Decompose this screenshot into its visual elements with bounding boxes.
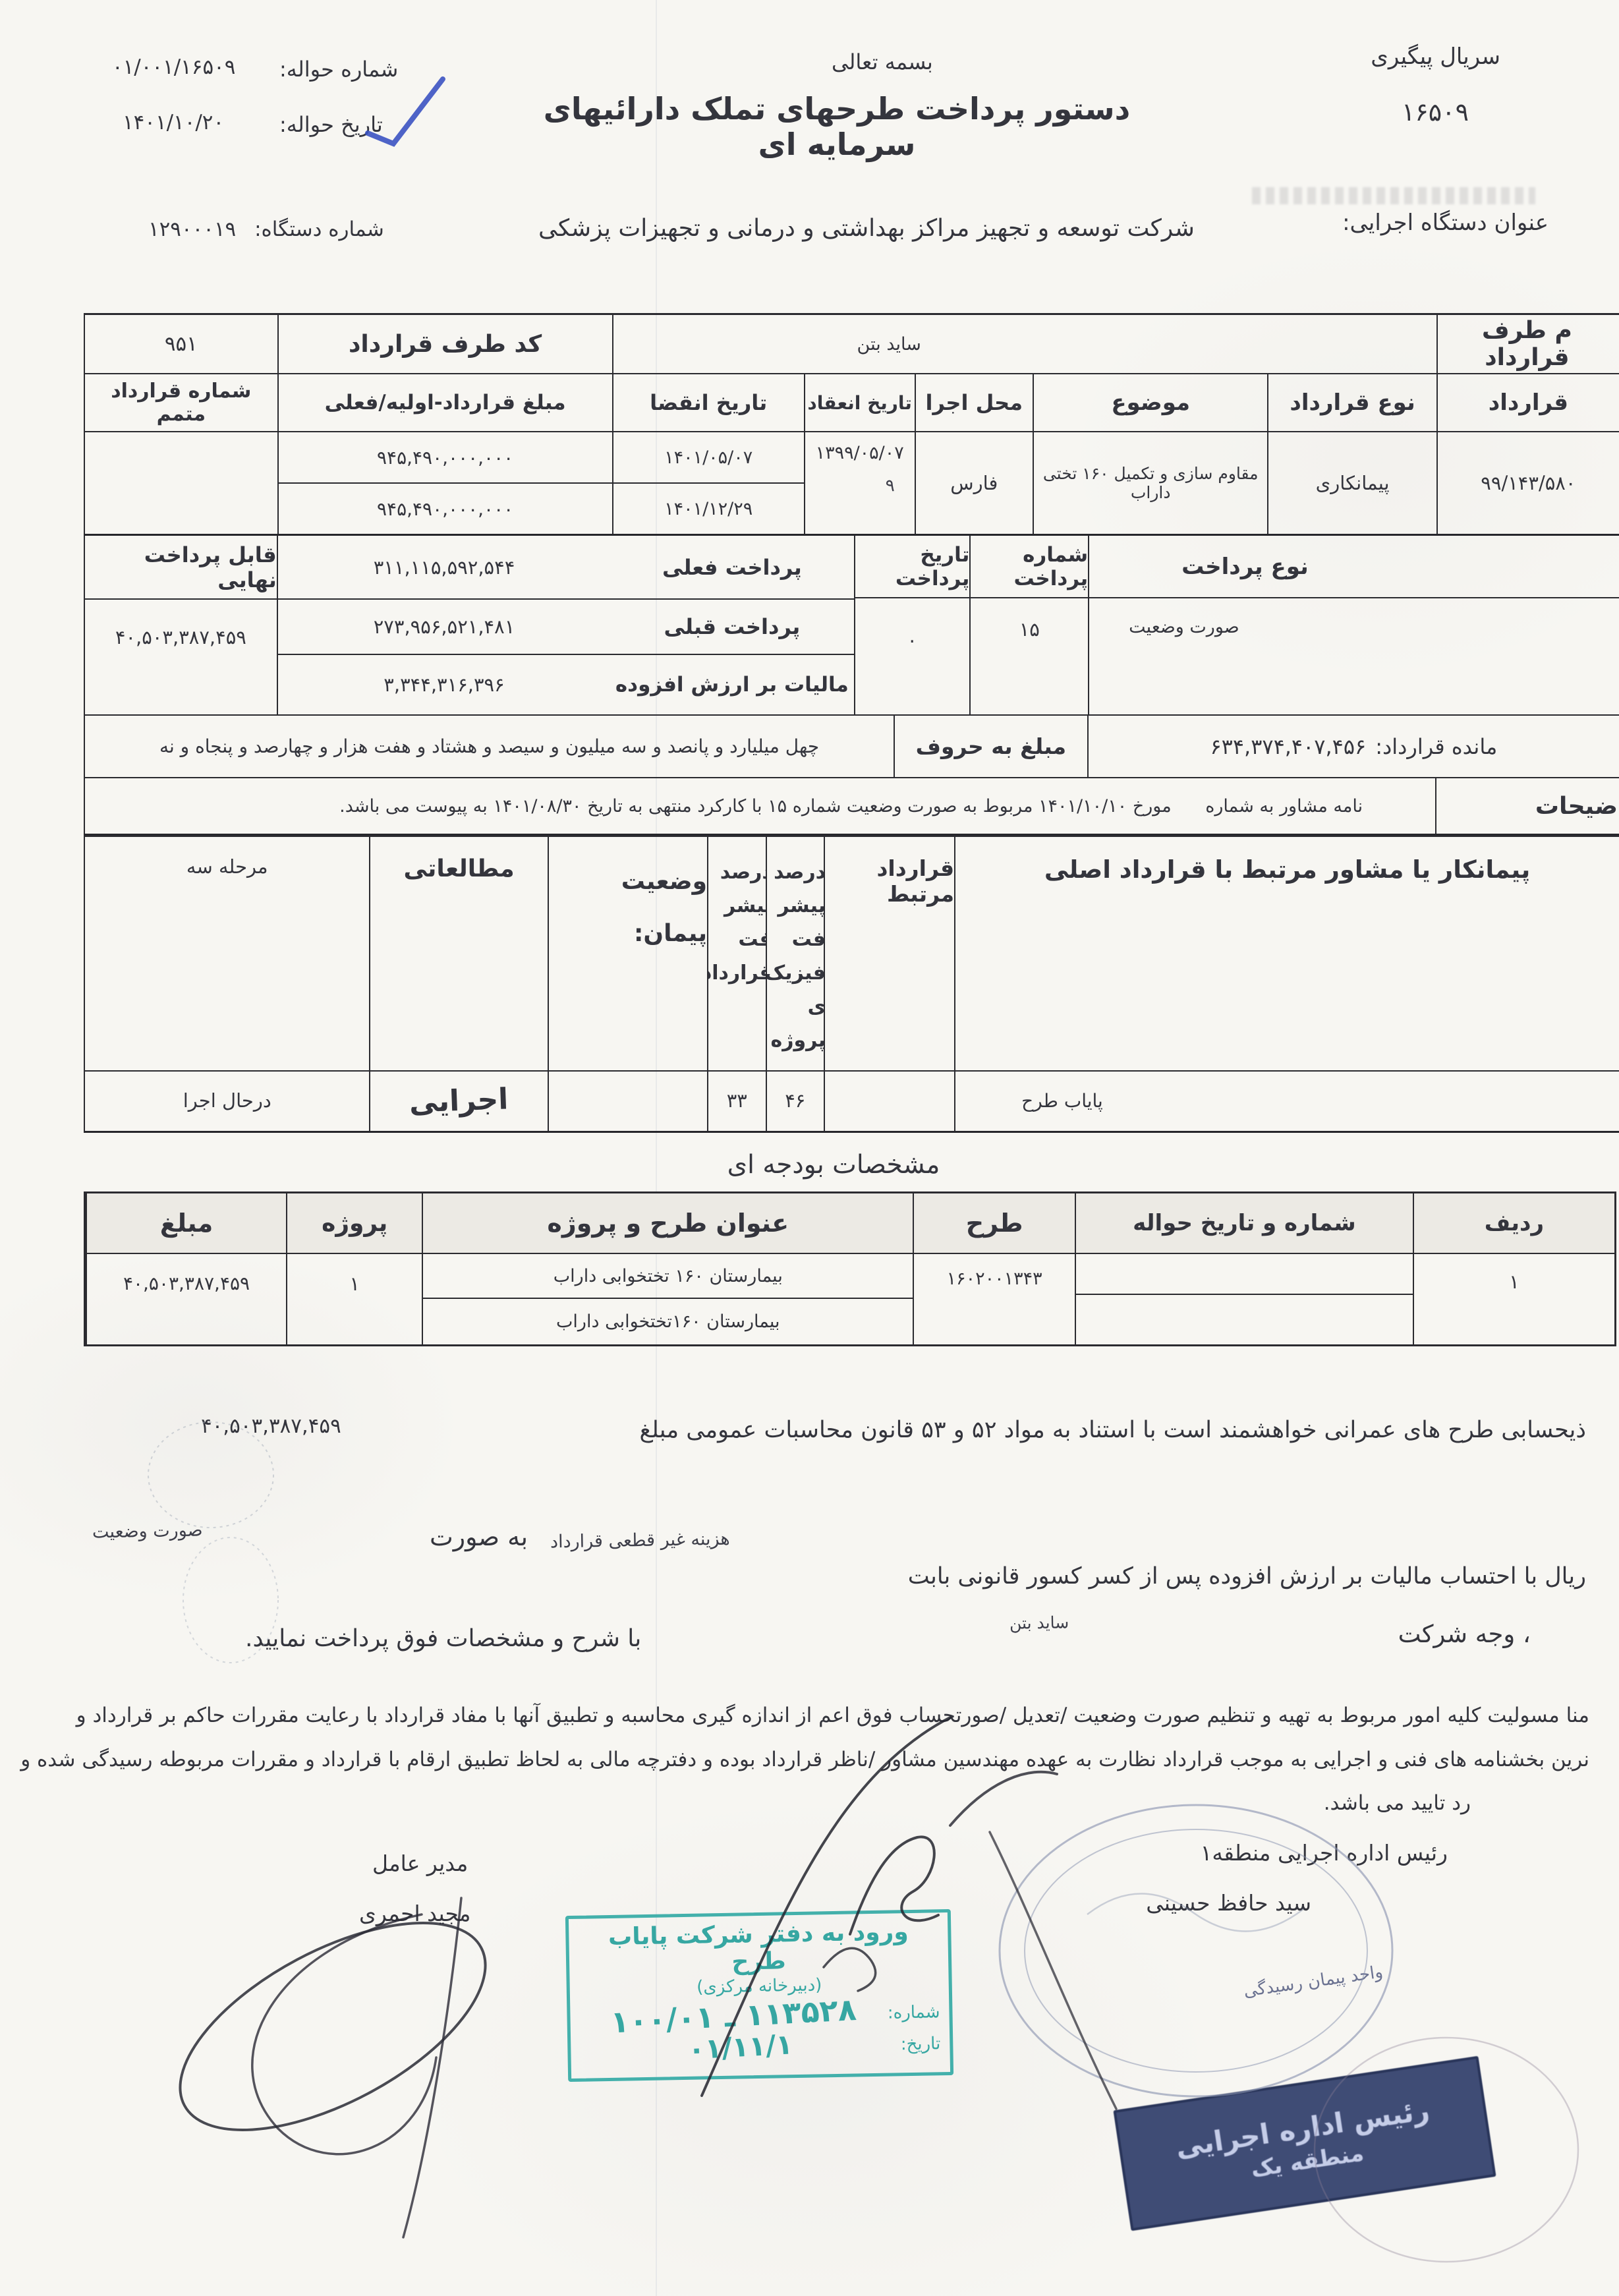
amount-in-words-value: چهل میلیارد و پانصد و سه میلیون و سیصد و… xyxy=(84,716,894,777)
consultant-main-header: پیمانکار یا مشاور مرتبط با قرارداد اصلی xyxy=(955,837,1619,1072)
contract-subject-cell: مقاوم سازی و تکمیل ۱۶۰ تختی داراب xyxy=(1033,432,1267,534)
pact-status-header: وضعیت پیمان: xyxy=(549,837,707,1072)
scanned-document-page: سریال پیگیری ۱۶۵۰۹ بسمه تعالی دستور پردا… xyxy=(0,0,1619,2296)
final-payable-label: قابل پرداخت نهایی xyxy=(85,536,277,600)
circular-stamp-unit-text: واحد پیمان رسیدگی xyxy=(1237,1961,1390,2002)
study-column: مطالعاتی اجرایی xyxy=(369,837,547,1131)
consultant-main-column: پیمانکار یا مشاور مرتبط با قرارداد اصلی … xyxy=(954,837,1619,1131)
payment-block: نوع پرداخت صورت وضعیت شماره پرداخت ۱۵ تا… xyxy=(84,536,1619,716)
remainder-value: ۶۳۴,۳۷۴,۴۰۷,۴۵۶ xyxy=(1210,734,1366,759)
budget-row-no: ۱ xyxy=(1413,1254,1614,1344)
study-value: اجرایی xyxy=(370,1068,548,1131)
payment-right-block: نوع پرداخت صورت وضعیت شماره پرداخت ۱۵ تا… xyxy=(854,536,1619,714)
right-signature-stroke-4 xyxy=(990,1832,1116,2109)
payment-date-column: تاریخ پرداخت . xyxy=(855,536,970,714)
payment-date-value: . xyxy=(855,598,970,714)
current-payment-label: پرداخت فعلی xyxy=(610,536,853,600)
payment-type-column: نوع پرداخت صورت وضعیت xyxy=(1088,536,1619,714)
contract-values-row: ۹۹/۱۴۳/۵۸۰ پیمانکاری مقاوم سازی و تکمیل … xyxy=(84,432,1619,536)
payment-type-value: صورت وضعیت xyxy=(1089,598,1619,714)
footer-paragraph-2: نرین بخشنامه های فنی و اجرایی به موجب قر… xyxy=(20,1748,1589,1771)
contract-location-cell: فارس xyxy=(915,432,1033,534)
budget-col-ref: شماره و تاریخ حواله xyxy=(1075,1193,1413,1253)
left-signature-inner-loop xyxy=(252,1914,436,2154)
basmala: بسمه تعالی xyxy=(832,49,933,74)
footer-line-3-start: ، وجه شرکت xyxy=(1398,1620,1531,1648)
budget-title-cell: بیمارستان ۱۶۰ تختخوابی داراب بیمارستان ۱… xyxy=(422,1254,913,1344)
budget-col-row: ردیف xyxy=(1413,1193,1614,1253)
related-contract-value xyxy=(825,1072,954,1130)
handwritten-expense-note: هزینه غیر قطعی قرارداد xyxy=(550,1529,730,1553)
pact-status-column: وضعیت پیمان: xyxy=(548,837,707,1131)
party-code-label-cell: کد طرف قرارداد xyxy=(277,315,612,373)
col-subject: موضوع xyxy=(1033,374,1267,431)
physical-progress-header: درصد پیشر فت فیزیک ی پروژه xyxy=(767,837,824,1072)
stage-header: مرحله سه xyxy=(85,837,369,1072)
related-contract-column: قرارداد مرتبط xyxy=(824,837,954,1131)
final-payable-column: قابل پرداخت نهایی ۴۰,۵۰۳,۳۸۷,۴۵۹ xyxy=(84,536,277,714)
contract-progress-value: ۳۳ xyxy=(708,1072,766,1130)
col-contract: قرارداد xyxy=(1436,374,1619,431)
notes-label: ضیحات xyxy=(1435,778,1619,834)
contract-sign-date-cell: ۱۳۹۹/۰۵/۰۷ ۹ xyxy=(804,432,915,534)
footer-amount: ۴۰,۵۰۳,۳۸۷,۴۵۹ xyxy=(201,1414,341,1438)
previous-payment-value: ۲۷۳,۹۵۶,۵۲۱,۴۸۱ xyxy=(278,600,611,655)
contract-table: م طرف قرارداد ساید بتن کد طرف قرارداد ۹۵… xyxy=(84,313,1619,836)
budget-plan-cell: ۱۶۰۲۰۰۱۳۴۳ xyxy=(913,1254,1075,1344)
budget-col-title: عنوان طرح و پروژه xyxy=(422,1193,913,1253)
document-title: دستور پرداخت طرحهای تملک دارائیهای سرمای… xyxy=(540,91,1133,162)
study-header: مطالعاتی xyxy=(370,837,547,1072)
col-contract-type: نوع قرارداد xyxy=(1267,374,1436,431)
payment-left-block: پرداخت فعلی پرداخت قبلی مالیات بر ارزش ا… xyxy=(84,536,853,714)
physical-progress-column: درصد پیشر فت فیزیک ی پروژه ۴۶ xyxy=(766,837,824,1131)
party-value-cell: ساید بتن xyxy=(612,315,1436,373)
remainder-row: مانده قرارداد: ۶۳۴,۳۷۴,۴۰۷,۴۵۶ مبلغ به ح… xyxy=(84,716,1619,778)
payment-labels-column: پرداخت فعلی پرداخت قبلی مالیات بر ارزش ا… xyxy=(610,536,853,714)
budget-table: ردیف شماره و تاریخ حواله طرح عنوان طرح و… xyxy=(84,1191,1616,1346)
amount-in-words-label: مبلغ به حروف xyxy=(894,716,1087,777)
contract-type-cell: پیمانکاری xyxy=(1267,432,1436,534)
notes-row: ضیحات نامه مشاور به شماره مورخ ۱۴۰۱/۱۰/۱… xyxy=(84,778,1619,836)
pact-status-value xyxy=(549,1072,707,1130)
contract-no-cell: ۹۹/۱۴۳/۵۸۰ xyxy=(1436,432,1619,534)
payment-no-value: ۱۵ xyxy=(971,598,1088,714)
budget-col-plan: طرح xyxy=(913,1193,1075,1253)
remittance-date-label: تاریخ حواله: xyxy=(279,112,383,137)
expiry-initial: ۱۴۰۱/۰۵/۰۷ xyxy=(613,432,804,484)
footer-line-1: ذیحسابی طرح های عمرانی خواهشمند است با ا… xyxy=(640,1417,1586,1443)
budget-ref-cell xyxy=(1075,1254,1413,1344)
right-signatory-name: سید حافظ حسینی xyxy=(1146,1890,1311,1916)
col-location: محل اجرا xyxy=(915,374,1033,431)
budget-header-row: ردیف شماره و تاریخ حواله طرح عنوان طرح و… xyxy=(86,1193,1614,1254)
budget-amount: ۴۰,۵۰۳,۳۸۷,۴۵۹ xyxy=(86,1254,286,1344)
budget-col-project: پروژه xyxy=(286,1193,422,1253)
entry-registry-stamp: ورود به دفتر شرکت پایاب طرح (دبیرخانه مر… xyxy=(565,1909,953,2082)
supplement-no-cell xyxy=(84,432,277,534)
contract-header-row: قرارداد نوع قرارداد موضوع محل اجرا تاریخ… xyxy=(84,374,1619,432)
handwritten-mark: ۹ xyxy=(805,473,914,501)
remittance-date-value: ۱۴۰۱/۱۰/۲۰ xyxy=(123,111,224,134)
notes-text: نامه مشاور به شماره مورخ ۱۴۰۱/۱۰/۱۰ مربو… xyxy=(84,778,1435,834)
handwritten-company-name: ساید بتن xyxy=(1009,1613,1069,1633)
remainder-cell: مانده قرارداد: ۶۳۴,۳۷۴,۴۰۷,۴۵۶ xyxy=(1087,716,1619,777)
footer-line-3-end: با شرح و مشخصات فوق پرداخت نمایید. xyxy=(245,1625,641,1652)
payment-amounts-column: ۳۱۱,۱۱۵,۵۹۲,۵۴۴ ۲۷۳,۹۵۶,۵۲۱,۴۸۱ ۳,۳۴۴,۳۱… xyxy=(277,536,611,714)
payment-no-header: شماره پرداخت xyxy=(971,536,1088,598)
amount-initial: ۹۴۵,۴۹۰,۰۰۰,۰۰۰ xyxy=(279,432,612,484)
stage-column: مرحله سه درحال اجرا xyxy=(84,837,369,1131)
payment-date-header: تاریخ پرداخت xyxy=(855,536,970,598)
right-signature-stroke-3 xyxy=(950,1772,1057,1825)
col-supplement-no: شماره قرارداد متمم xyxy=(84,374,277,431)
col-expiry-date: تاریخ انقضا xyxy=(612,374,804,431)
entry-stamp-line-1: ورود به دفتر شرکت پایاب طرح xyxy=(578,1918,939,1978)
left-signature-tail xyxy=(403,1898,461,2237)
final-payable-value: ۴۰,۵۰۳,۳۸۷,۴۵۹ xyxy=(85,600,277,714)
tracking-serial-label: سریال پیگیری xyxy=(1371,43,1500,70)
expiry-current: ۱۴۰۱/۱۲/۲۹ xyxy=(613,484,804,534)
sign-date-value: ۱۳۹۹/۰۵/۰۷ xyxy=(805,432,915,473)
left-signatory-title: مدیر عامل xyxy=(372,1851,468,1876)
payment-no-column: شماره پرداخت ۱۵ xyxy=(969,536,1088,714)
budget-plan-code: ۱۶۰۲۰۰۱۳۴۳ xyxy=(914,1254,1075,1304)
budget-project-title-1: بیمارستان ۱۶۰ تختخوابی داراب xyxy=(423,1254,913,1299)
payment-type-header: نوع پرداخت xyxy=(1089,536,1619,598)
agency-code-label: شماره دستگاه: xyxy=(254,217,384,241)
tracking-serial-value: ۱۶۵۰۹ xyxy=(1402,98,1469,127)
budget-values-row: ۱ ۱۶۰۲۰۰۱۳۴۳ بیمارستان ۱۶۰ تختخوابی دارا… xyxy=(86,1254,1614,1344)
left-signatory-name: مجید احمری xyxy=(359,1901,470,1926)
budget-project-title-2: بیمارستان ۱۶۰تختخوابی داراب xyxy=(423,1299,913,1344)
budget-ref-value xyxy=(1076,1254,1413,1295)
remainder-label: مانده قرارداد: xyxy=(1375,734,1497,759)
entry-stamp-number-label: شماره: xyxy=(888,2002,940,2023)
vat-label: مالیات بر ارزش افزوده xyxy=(610,655,853,714)
agency-code-value: ۱۲۹۰۰۰۱۹ xyxy=(148,217,236,241)
remittance-number-label: شماره حواله: xyxy=(279,57,398,82)
circular-stamp-inner-ring xyxy=(1025,1829,1367,2072)
footer-paragraph-1: منا مسولیت کلیه امور مربوط به تهیه و تنظ… xyxy=(76,1704,1589,1727)
budget-ref-empty xyxy=(1076,1295,1413,1344)
handwritten-statement-note: صورت وضعیت xyxy=(92,1520,203,1543)
amount-current: ۹۴۵,۴۹۰,۰۰۰,۰۰۰ xyxy=(279,484,612,534)
party-label-cell: م طرف قرارداد xyxy=(1436,315,1619,373)
agency-label: عنوان دستگاه اجرایی: xyxy=(1342,210,1548,236)
col-sign-date: تاریخ انعقاد xyxy=(804,374,915,431)
entry-stamp-date-label: تاریخ: xyxy=(901,2034,941,2054)
vat-value: ۳,۳۴۴,۳۱۶,۳۹۶ xyxy=(278,655,611,714)
related-contract-header: قرارداد مرتبط xyxy=(825,837,954,1072)
stage-value: درحال اجرا xyxy=(85,1072,369,1130)
right-signatory-title: رئیس اداره اجرایی منطقه۱ xyxy=(1201,1840,1448,1866)
col-contract-amount: مبلغ قرارداد-اولیه/فعلی xyxy=(277,374,612,431)
budget-col-amount: مبلغ xyxy=(86,1193,286,1253)
current-payment-value: ۳۱۱,۱۱۵,۵۹۲,۵۴۴ xyxy=(278,536,611,600)
director-office-stamp: رئیس اداره اجرایی منطقه یک xyxy=(1113,2056,1496,2231)
physical-progress-value: ۴۶ xyxy=(767,1072,824,1130)
budget-plan-empty xyxy=(914,1304,1075,1344)
budget-project-no: ۱ xyxy=(286,1254,422,1344)
consultant-main-value: پایاب طرح xyxy=(955,1072,1619,1130)
contract-party-row: م طرف قرارداد ساید بتن کد طرف قرارداد ۹۵… xyxy=(84,315,1619,374)
budget-section-title: مشخصات بودجه ای xyxy=(725,1150,942,1180)
party-code-value-cell: ۹۵۱ xyxy=(84,315,277,373)
contract-progress-header: درصد پیشر فت قرارداد xyxy=(708,837,766,1072)
remittance-number-value: ۰۱/۰۰۱/۱۶۵۰۹ xyxy=(112,55,235,79)
footer-line-2: ریال با احتساب مالیات بر ارزش افزوده پس … xyxy=(908,1563,1586,1590)
consultant-table: پیمانکار یا مشاور مرتبط با قرارداد اصلی … xyxy=(84,835,1619,1133)
contract-expiry-cell: ۱۴۰۱/۰۵/۰۷ ۱۴۰۱/۱۲/۲۹ xyxy=(612,432,804,534)
scan-smudge xyxy=(1252,187,1535,204)
contract-progress-column: درصد پیشر فت قرارداد ۳۳ xyxy=(707,837,766,1131)
agency-code: شماره دستگاه: ۱۲۹۰۰۰۱۹ xyxy=(148,217,384,241)
previous-payment-label: پرداخت قبلی xyxy=(610,600,853,655)
faint-oval-stamp-1 xyxy=(148,1422,273,1528)
payment-method-text: به صورت xyxy=(430,1522,528,1551)
agency-name: شرکت توسعه و تجهیز مراکز بهداشتی و درمان… xyxy=(497,215,1236,242)
contract-amount-cell: ۹۴۵,۴۹۰,۰۰۰,۰۰۰ ۹۴۵,۴۹۰,۰۰۰,۰۰۰ xyxy=(277,432,612,534)
consultant-columns: پیمانکار یا مشاور مرتبط با قرارداد اصلی … xyxy=(84,837,1619,1131)
footer-paragraph-3: رد تایید می باشد. xyxy=(1324,1791,1471,1815)
